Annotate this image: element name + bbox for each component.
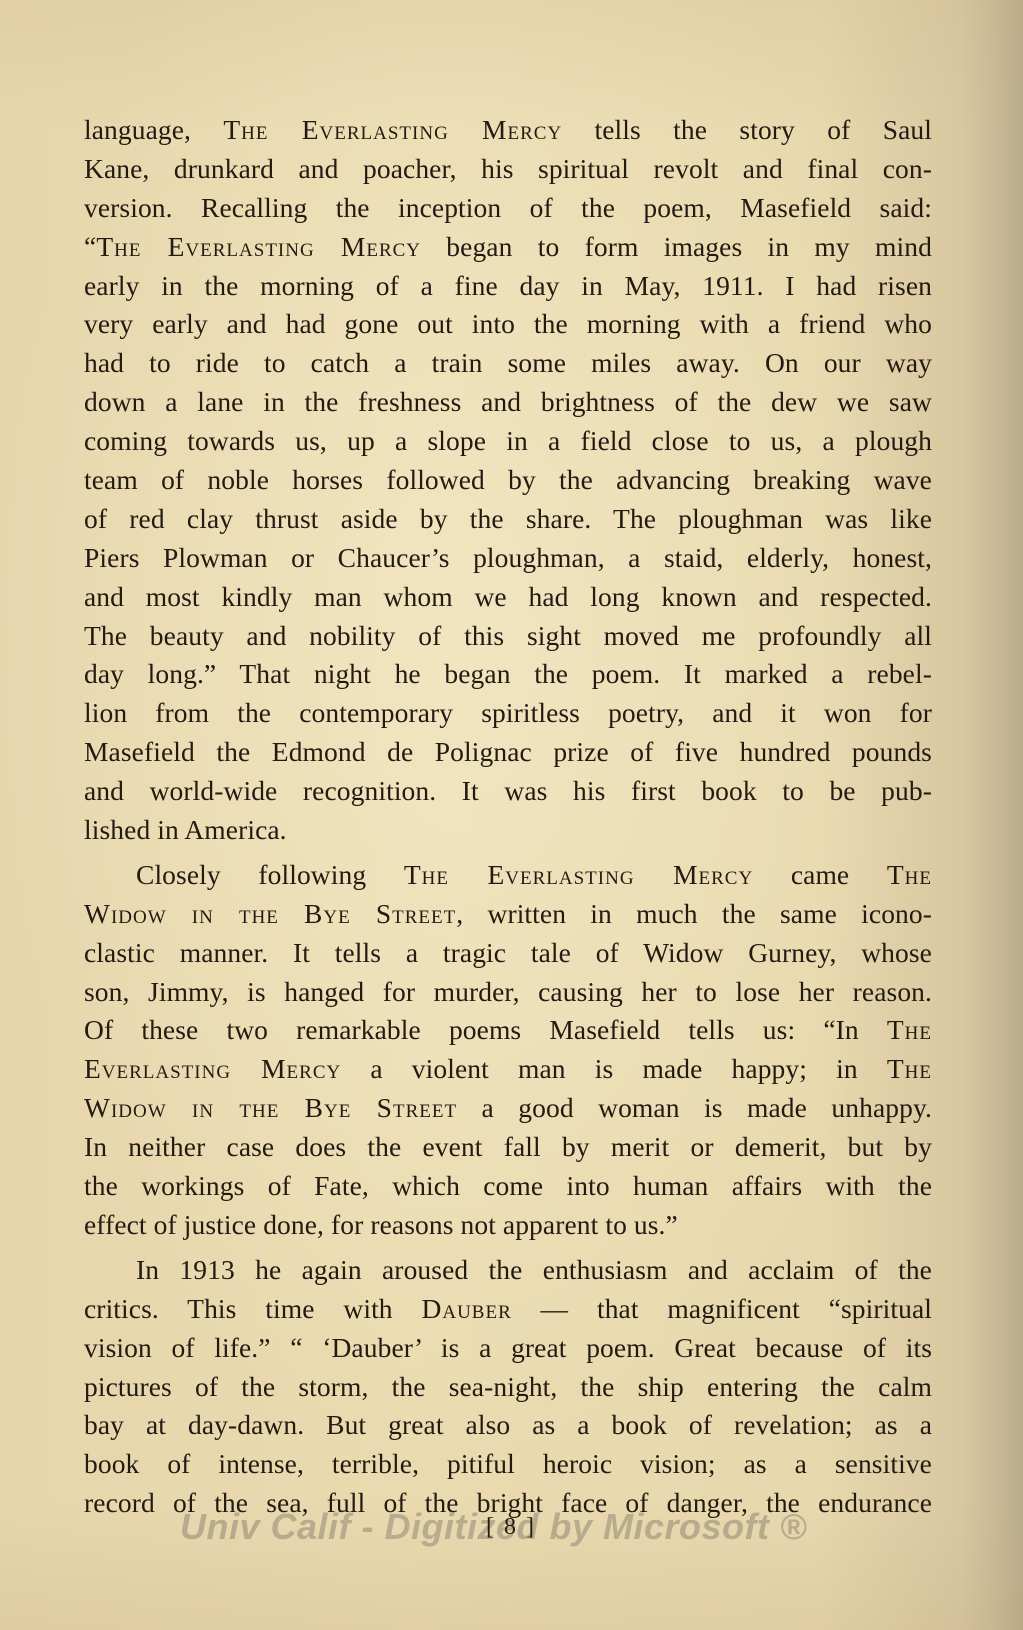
text-run: effect of justice done, for reasons not … bbox=[84, 1209, 678, 1240]
title-small-caps: Widow in the Bye Street bbox=[84, 1092, 457, 1123]
text-line: Of these two remarkable poems Masefield … bbox=[84, 1011, 932, 1050]
text-run: lished in America. bbox=[84, 814, 287, 845]
text-run: began to form images in my mind bbox=[421, 231, 932, 262]
text-line: had to ride to catch a train some miles … bbox=[84, 344, 932, 383]
title-small-caps: The Everlasting Mercy bbox=[223, 114, 562, 145]
text-run: day long.” That night he began the poem.… bbox=[84, 658, 932, 689]
text-run: In neither case does the event fall by m… bbox=[84, 1131, 932, 1162]
text-line: day long.” That night he began the poem.… bbox=[84, 655, 932, 694]
text-line: Closely following The Everlasting Mercy … bbox=[84, 856, 932, 895]
text-line: lion from the contemporary spiritless po… bbox=[84, 694, 932, 733]
text-line: son, Jimmy, is hanged for murder, causin… bbox=[84, 973, 932, 1012]
text-line: very early and had gone out into the mor… bbox=[84, 305, 932, 344]
text-run: Masefield the Edmond de Polignac prize o… bbox=[84, 736, 932, 767]
text-run: came bbox=[753, 859, 887, 890]
text-line: version. Recalling the inception of the … bbox=[84, 189, 932, 228]
text-run: the workings of Fate, which come into hu… bbox=[84, 1170, 932, 1201]
body-text: language, The Everlasting Mercy tells th… bbox=[84, 111, 932, 1523]
text-line: “The Everlasting Mercy began to form ima… bbox=[84, 228, 932, 267]
text-run: Of these two remarkable poems Masefield … bbox=[84, 1014, 887, 1045]
text-run: critics. This time with bbox=[84, 1293, 421, 1324]
text-line: Piers Plowman or Chaucer’s ploughman, a … bbox=[84, 539, 932, 578]
text-line: book of intense, terrible, pitiful heroi… bbox=[84, 1445, 932, 1484]
title-small-caps: Dauber bbox=[421, 1293, 511, 1324]
text-line: early in the morning of a fine day in Ma… bbox=[84, 267, 932, 306]
text-run: — that magnificent “spiritual bbox=[512, 1293, 932, 1324]
text-run: vision of life.” “ ‘Dauber’ is a great p… bbox=[84, 1332, 932, 1363]
text-run: coming towards us, up a slope in a field… bbox=[84, 425, 932, 456]
text-run: lion from the contemporary spiritless po… bbox=[84, 697, 932, 728]
text-line: clastic manner. It tells a tragic tale o… bbox=[84, 934, 932, 973]
title-small-caps: Everlasting Mercy bbox=[84, 1053, 341, 1084]
text-run: Closely following bbox=[136, 859, 404, 890]
text-line: the workings of Fate, which come into hu… bbox=[84, 1167, 932, 1206]
text-run: book of intense, terrible, pitiful heroi… bbox=[84, 1448, 932, 1479]
title-small-caps: The bbox=[887, 1014, 932, 1045]
title-small-caps: The bbox=[887, 1053, 932, 1084]
text-run: down a lane in the freshness and brightn… bbox=[84, 386, 932, 417]
text-line: Masefield the Edmond de Polignac prize o… bbox=[84, 733, 932, 772]
text-run: “ bbox=[84, 231, 96, 262]
text-run: of red clay thrust aside by the share. T… bbox=[84, 503, 932, 534]
text-line: critics. This time with Dauber — that ma… bbox=[84, 1290, 932, 1329]
text-run: and most kindly man whom we had long kno… bbox=[84, 581, 932, 612]
text-run: tells the story of Saul bbox=[562, 114, 932, 145]
text-run: , written in much the same icono- bbox=[456, 898, 932, 929]
text-line: and most kindly man whom we had long kno… bbox=[84, 578, 932, 617]
text-line: and world-wide recognition. It was his f… bbox=[84, 772, 932, 811]
text-line: lished in America. bbox=[84, 811, 932, 850]
text-run: In 1913 he again aroused the enthusiasm … bbox=[136, 1254, 932, 1285]
text-line: pictures of the storm, the sea-night, th… bbox=[84, 1368, 932, 1407]
text-run: a violent man is made happy; in bbox=[341, 1053, 887, 1084]
text-line: In 1913 he again aroused the enthusiasm … bbox=[84, 1251, 932, 1290]
text-run: language, bbox=[84, 114, 223, 145]
text-line: Everlasting Mercy a violent man is made … bbox=[84, 1050, 932, 1089]
title-small-caps: The bbox=[887, 859, 932, 890]
text-run: very early and had gone out into the mor… bbox=[84, 308, 932, 339]
text-run: Piers Plowman or Chaucer’s ploughman, a … bbox=[84, 542, 932, 573]
text-run: early in the morning of a fine day in Ma… bbox=[84, 270, 932, 301]
text-run: pictures of the storm, the sea-night, th… bbox=[84, 1371, 932, 1402]
text-line: coming towards us, up a slope in a field… bbox=[84, 422, 932, 461]
text-line: Widow in the Bye Street, written in much… bbox=[84, 895, 932, 934]
text-run: a good woman is made unhappy. bbox=[457, 1092, 932, 1123]
text-run: and world-wide recognition. It was his f… bbox=[84, 775, 932, 806]
text-run: Kane, drunkard and poacher, his spiritua… bbox=[84, 153, 932, 184]
text-line: Kane, drunkard and poacher, his spiritua… bbox=[84, 150, 932, 189]
title-small-caps: The Everlasting Mercy bbox=[404, 859, 753, 890]
text-line: effect of justice done, for reasons not … bbox=[84, 1206, 932, 1245]
text-run: son, Jimmy, is hanged for murder, causin… bbox=[84, 976, 932, 1007]
text-run: clastic manner. It tells a tragic tale o… bbox=[84, 937, 932, 968]
text-run: The beauty and nobility of this sight mo… bbox=[84, 620, 932, 651]
title-small-caps: The Everlasting Mercy bbox=[96, 231, 421, 262]
text-run: had to ride to catch a train some miles … bbox=[84, 347, 932, 378]
text-line: language, The Everlasting Mercy tells th… bbox=[84, 111, 932, 150]
page-footer: Univ Calif - Digitized by Microsoft ® [ … bbox=[0, 1500, 1023, 1560]
text-line: down a lane in the freshness and brightn… bbox=[84, 383, 932, 422]
text-run: bay at day-dawn. But great also as a boo… bbox=[84, 1409, 932, 1440]
page-number: [ 8 ] bbox=[486, 1514, 536, 1541]
text-line: In neither case does the event fall by m… bbox=[84, 1128, 932, 1167]
text-line: Widow in the Bye Street a good woman is … bbox=[84, 1089, 932, 1128]
text-line: bay at day-dawn. But great also as a boo… bbox=[84, 1406, 932, 1445]
text-run: version. Recalling the inception of the … bbox=[84, 192, 932, 223]
text-line: team of noble horses followed by the adv… bbox=[84, 461, 932, 500]
text-line: vision of life.” “ ‘Dauber’ is a great p… bbox=[84, 1329, 932, 1368]
text-line: of red clay thrust aside by the share. T… bbox=[84, 500, 932, 539]
title-small-caps: Widow in the Bye Street bbox=[84, 898, 456, 929]
text-line: The beauty and nobility of this sight mo… bbox=[84, 617, 932, 656]
text-run: team of noble horses followed by the adv… bbox=[84, 464, 932, 495]
